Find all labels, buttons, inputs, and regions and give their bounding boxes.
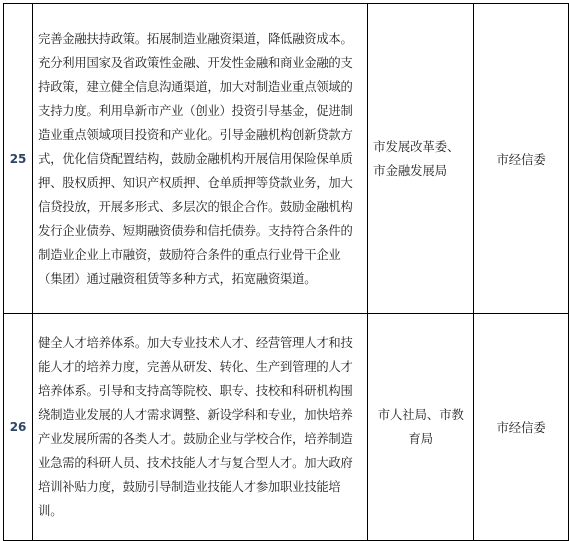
- table-row: 26 健全人才培养体系。加大专业技术人才、经营管理人才和技 能人才的培养力度，完…: [4, 314, 569, 541]
- dept-line: 市金融发展局: [373, 159, 473, 183]
- responsible-departments: 市人社局、市教 育局: [368, 314, 474, 541]
- content-line: 造业重点领域项目投资和产业化。引导金融机构创新贷款方: [38, 123, 363, 147]
- table-row: 25 完善金融扶持政策。拓展制造业融资渠道，降低融资成本。 充分利用国家及省政策…: [4, 4, 569, 314]
- content-line: （集团）通过融资租赁等多种方式，拓宽融资渠道。: [38, 267, 363, 291]
- content-line: 持政策，建立健全信息沟通渠道，加大对制造业重点领域的: [38, 75, 363, 99]
- dept-line: 市人社局、市教: [368, 403, 473, 427]
- content-line: 信贷投放，开展多形式、多层次的银企合作。鼓励金融机构: [38, 195, 363, 219]
- content-line: 支持力度。利用阜新市产业（创业）投资引导基金，促进制: [38, 99, 363, 123]
- row-number: 25: [4, 4, 33, 314]
- content-line: 健全人才培养体系。加大专业技术人才、经营管理人才和技: [38, 331, 363, 355]
- content-line: 业急需的科研人员、技术技能人才与复合型人才。加大政府: [38, 451, 363, 475]
- content-line: 式，优化信贷配置结构，鼓励金融机构开展信用保险保单质: [38, 147, 363, 171]
- content-line: 培养体系。引导和支持高等院校、职专、技校和科研机构围: [38, 379, 363, 403]
- content-line: 产业发展所需的各类人才。鼓励企业与学校合作，培养制造: [38, 427, 363, 451]
- content-line: 绕制造业发展的人才需求调整、新设学科和专业，加快培养: [38, 403, 363, 427]
- content-line: 能人才的培养力度，完善从研发、转化、生产到管理的人才: [38, 355, 363, 379]
- content-line: 押、股权质押、知识产权质押、仓单质押等贷款业务，加大: [38, 171, 363, 195]
- content-line: 培训补贴力度，鼓励引导制造业技能人才参加职业技能培: [38, 475, 363, 499]
- content-line: 制造业企业上市融资，鼓励符合条件的重点行业骨干企业: [38, 243, 363, 267]
- lead-department: 市经信委: [474, 314, 569, 541]
- policy-table: 25 完善金融扶持政策。拓展制造业融资渠道，降低融资成本。 充分利用国家及省政策…: [3, 3, 569, 541]
- content-line: 充分利用国家及省政策性金融、开发性金融和商业金融的支: [38, 51, 363, 75]
- content-line: 训。: [38, 499, 363, 523]
- policy-content: 健全人才培养体系。加大专业技术人才、经营管理人才和技 能人才的培养力度，完善从研…: [33, 314, 368, 541]
- content-line: 完善金融扶持政策。拓展制造业融资渠道，降低融资成本。: [38, 27, 363, 51]
- dept-line: 市发展改革委、: [373, 135, 473, 159]
- lead-department: 市经信委: [474, 4, 569, 314]
- responsible-departments: 市发展改革委、 市金融发展局: [368, 4, 474, 314]
- content-line: 发行企业债券、短期融资债券和信托债券。支持符合条件的: [38, 219, 363, 243]
- dept-line: 育局: [368, 427, 473, 451]
- row-number: 26: [4, 314, 33, 541]
- policy-content: 完善金融扶持政策。拓展制造业融资渠道，降低融资成本。 充分利用国家及省政策性金融…: [33, 4, 368, 314]
